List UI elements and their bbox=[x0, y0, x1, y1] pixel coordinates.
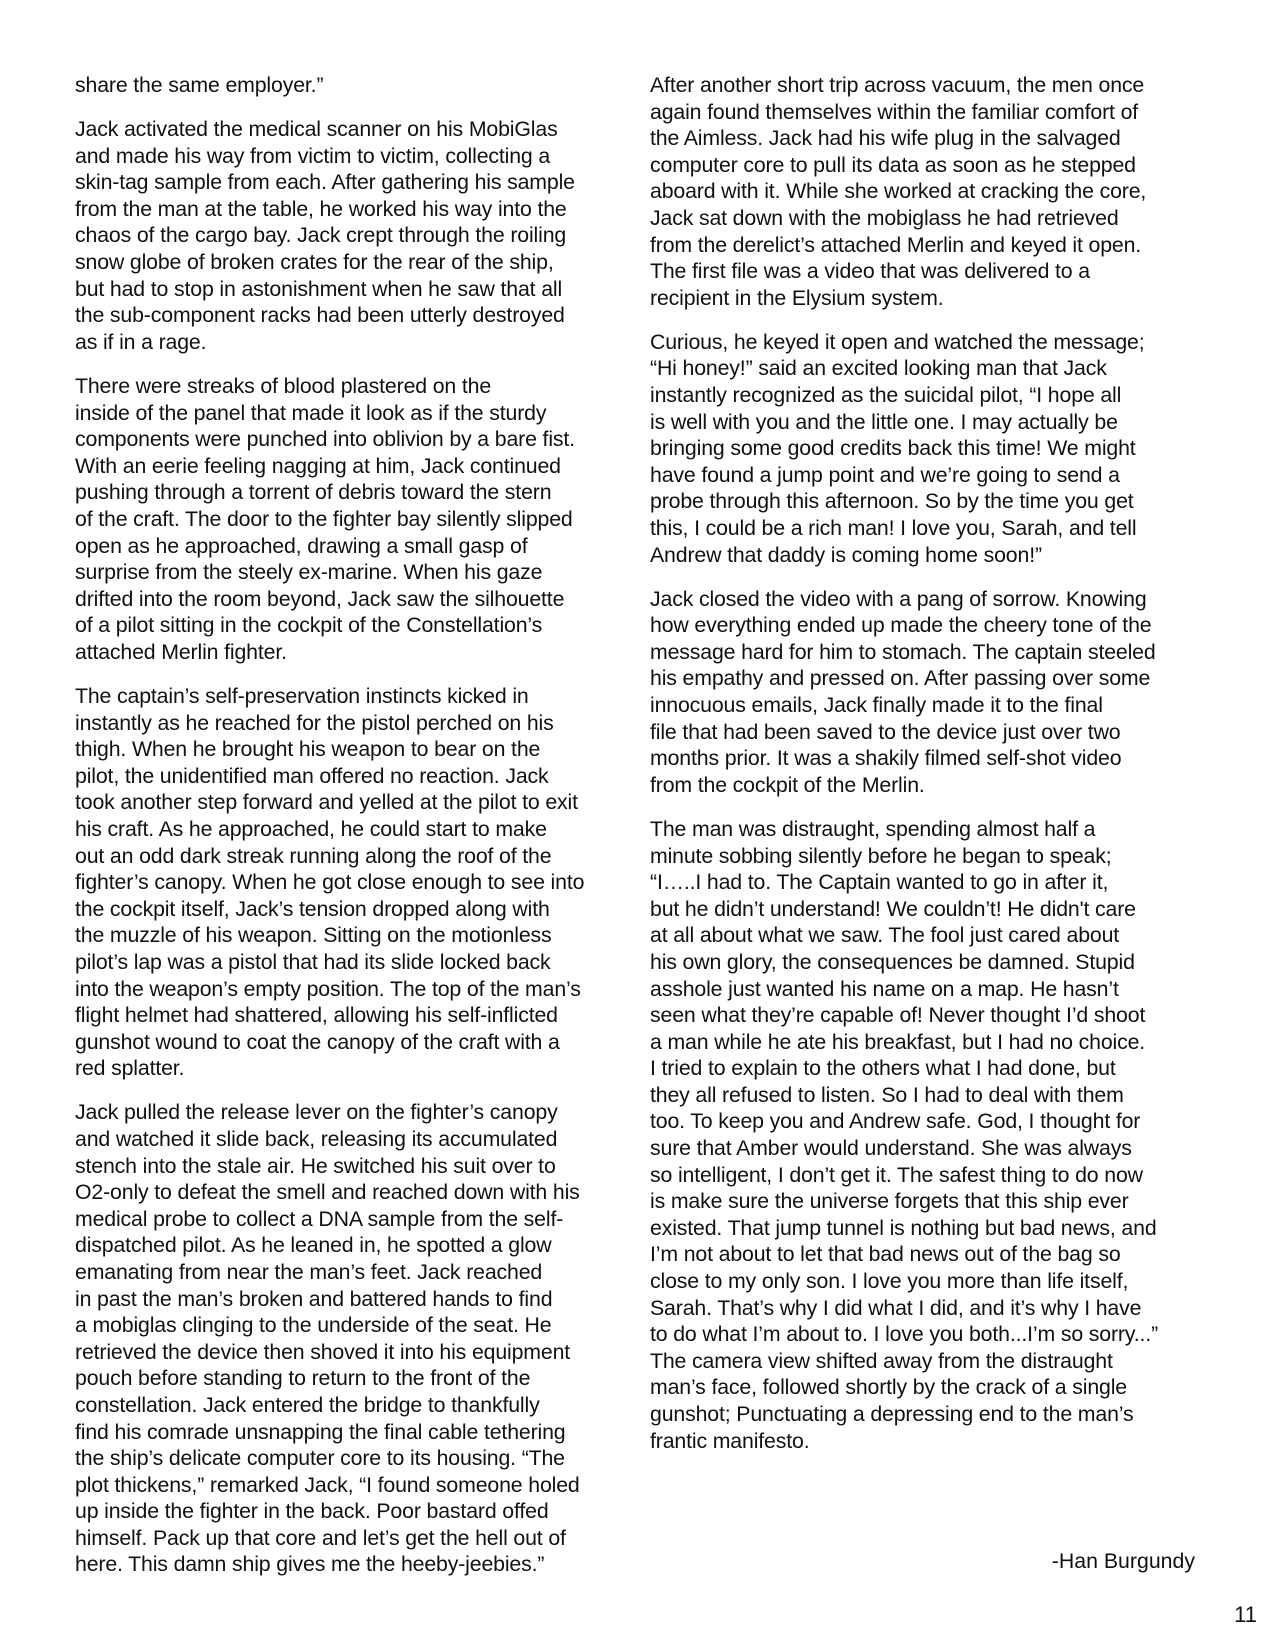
paragraph: Jack pulled the release lever on the fig… bbox=[75, 1099, 635, 1578]
text-line: sure that Amber would understand. She wa… bbox=[650, 1135, 1210, 1162]
text-line: frantic manifesto. bbox=[650, 1428, 1210, 1455]
text-line: of the craft. The door to the fighter ba… bbox=[75, 506, 635, 533]
paragraph: Jack activated the medical scanner on hi… bbox=[75, 116, 635, 355]
text-line: and made his way from victim to victim, … bbox=[75, 143, 635, 170]
text-line: his empathy and pressed on. After passin… bbox=[650, 665, 1210, 692]
paragraph: The captain’s self-preservation instinct… bbox=[75, 683, 635, 1082]
text-line: recipient in the Elysium system. bbox=[650, 285, 1210, 312]
text-line: Andrew that daddy is coming home soon!” bbox=[650, 542, 1210, 569]
text-line: snow globe of broken crates for the rear… bbox=[75, 249, 635, 276]
text-line: “I…..I had to. The Captain wanted to go … bbox=[650, 869, 1210, 896]
text-line: took another step forward and yelled at … bbox=[75, 789, 635, 816]
text-line: into the weapon’s empty position. The to… bbox=[75, 976, 635, 1003]
text-line: surprise from the steely ex-marine. When… bbox=[75, 559, 635, 586]
text-line: find his comrade unsnapping the final ca… bbox=[75, 1419, 635, 1446]
text-line: pouch before standing to return to the f… bbox=[75, 1365, 635, 1392]
text-line: how everything ended up made the cheery … bbox=[650, 612, 1210, 639]
text-line: components were punched into oblivion by… bbox=[75, 426, 635, 453]
text-line: the sub-component racks had been utterly… bbox=[75, 302, 635, 329]
right-column: After another short trip across vacuum, … bbox=[650, 72, 1210, 1472]
text-line: is make sure the universe forgets that t… bbox=[650, 1188, 1210, 1215]
text-line: a man while he ate his breakfast, but I … bbox=[650, 1029, 1210, 1056]
text-line: Jack pulled the release lever on the fig… bbox=[75, 1099, 635, 1126]
text-line: the cockpit itself, Jack’s tension dropp… bbox=[75, 896, 635, 923]
paragraph: Curious, he keyed it open and watched th… bbox=[650, 329, 1210, 568]
text-line: O2-only to defeat the smell and reached … bbox=[75, 1179, 635, 1206]
text-line: innocuous emails, Jack finally made it t… bbox=[650, 692, 1210, 719]
text-line: too. To keep you and Andrew safe. God, I… bbox=[650, 1108, 1210, 1135]
text-line: is well with you and the little one. I m… bbox=[650, 409, 1210, 436]
text-line: thigh. When he brought his weapon to bea… bbox=[75, 736, 635, 763]
paragraph: Jack closed the video with a pang of sor… bbox=[650, 586, 1210, 799]
text-line: Jack sat down with the mobiglass he had … bbox=[650, 205, 1210, 232]
paragraph: After another short trip across vacuum, … bbox=[650, 72, 1210, 311]
text-line: I tried to explain to the others what I … bbox=[650, 1055, 1210, 1082]
text-line: The captain’s self-preservation instinct… bbox=[75, 683, 635, 710]
text-line: his own glory, the consequences be damne… bbox=[650, 949, 1210, 976]
text-line: fighter’s canopy. When he got close enou… bbox=[75, 869, 635, 896]
paragraph: The man was distraught, spending almost … bbox=[650, 816, 1210, 1454]
text-line: from the derelict’s attached Merlin and … bbox=[650, 232, 1210, 259]
text-line: flight helmet had shattered, allowing hi… bbox=[75, 1002, 635, 1029]
text-line: gunshot wound to coat the canopy of the … bbox=[75, 1029, 635, 1056]
text-line: probe through this afternoon. So by the … bbox=[650, 488, 1210, 515]
text-line: computer core to pull its data as soon a… bbox=[650, 152, 1210, 179]
text-line: file that had been saved to the device j… bbox=[650, 719, 1210, 746]
text-line: the Aimless. Jack had his wife plug in t… bbox=[650, 125, 1210, 152]
text-line: asshole just wanted his name on a map. H… bbox=[650, 976, 1210, 1003]
text-line: months prior. It was a shakily filmed se… bbox=[650, 745, 1210, 772]
text-line: pilot’s lap was a pistol that had its sl… bbox=[75, 949, 635, 976]
text-line: pushing through a torrent of debris towa… bbox=[75, 479, 635, 506]
text-line: to do what I’m about to. I love you both… bbox=[650, 1321, 1210, 1348]
paragraph: There were streaks of blood plastered on… bbox=[75, 373, 635, 666]
author-signature: -Han Burgundy bbox=[1052, 1548, 1195, 1575]
text-line: again found themselves within the famili… bbox=[650, 99, 1210, 126]
text-line: After another short trip across vacuum, … bbox=[650, 72, 1210, 99]
text-line: up inside the fighter in the back. Poor … bbox=[75, 1498, 635, 1525]
text-line: The first file was a video that was deli… bbox=[650, 258, 1210, 285]
text-line: emanating from near the man’s feet. Jack… bbox=[75, 1259, 635, 1286]
text-line: attached Merlin fighter. bbox=[75, 639, 635, 666]
text-line: and watched it slide back, releasing its… bbox=[75, 1126, 635, 1153]
text-line: so intelligent, I don’t get it. The safe… bbox=[650, 1162, 1210, 1189]
text-line: inside of the panel that made it look as… bbox=[75, 400, 635, 427]
text-line: Jack activated the medical scanner on hi… bbox=[75, 116, 635, 143]
text-line: a mobiglas clinging to the underside of … bbox=[75, 1312, 635, 1339]
text-line: open as he approached, drawing a small g… bbox=[75, 533, 635, 560]
text-line: but he didn’t understand! We couldn’t! H… bbox=[650, 896, 1210, 923]
text-line: The camera view shifted away from the di… bbox=[650, 1348, 1210, 1375]
text-line: retrieved the device then shoved it into… bbox=[75, 1339, 635, 1366]
text-line: close to my only son. I love you more th… bbox=[650, 1268, 1210, 1295]
text-line: the ship’s delicate computer core to its… bbox=[75, 1445, 635, 1472]
text-line: existed. That jump tunnel is nothing but… bbox=[650, 1215, 1210, 1242]
text-line: red splatter. bbox=[75, 1055, 635, 1082]
text-line: Sarah. That’s why I did what I did, and … bbox=[650, 1295, 1210, 1322]
text-line: stench into the stale air. He switched h… bbox=[75, 1153, 635, 1180]
text-line: message hard for him to stomach. The cap… bbox=[650, 639, 1210, 666]
text-line: dispatched pilot. As he leaned in, he sp… bbox=[75, 1232, 635, 1259]
text-line: out an odd dark streak running along the… bbox=[75, 843, 635, 870]
text-line: constellation. Jack entered the bridge t… bbox=[75, 1392, 635, 1419]
paragraph: share the same employer.” bbox=[75, 72, 635, 99]
text-line: seen what they’re capable of! Never thou… bbox=[650, 1002, 1210, 1029]
text-line: as if in a rage. bbox=[75, 329, 635, 356]
page-number: 11 bbox=[1234, 1602, 1257, 1628]
text-line: the muzzle of his weapon. Sitting on the… bbox=[75, 922, 635, 949]
text-line: drifted into the room beyond, Jack saw t… bbox=[75, 586, 635, 613]
text-line: “Hi honey!” said an excited looking man … bbox=[650, 355, 1210, 382]
text-line: here. This damn ship gives me the heeby-… bbox=[75, 1551, 635, 1578]
text-line: of a pilot sitting in the cockpit of the… bbox=[75, 612, 635, 639]
text-line: With an eerie feeling nagging at him, Ja… bbox=[75, 453, 635, 480]
text-line: his craft. As he approached, he could st… bbox=[75, 816, 635, 843]
text-line: There were streaks of blood plastered on… bbox=[75, 373, 635, 400]
text-line: skin-tag sample from each. After gatheri… bbox=[75, 169, 635, 196]
text-line: Jack closed the video with a pang of sor… bbox=[650, 586, 1210, 613]
text-line: from the man at the table, he worked his… bbox=[75, 196, 635, 223]
text-line: Curious, he keyed it open and watched th… bbox=[650, 329, 1210, 356]
text-line: at all about what we saw. The fool just … bbox=[650, 922, 1210, 949]
left-column: share the same employer.” Jack activated… bbox=[75, 72, 635, 1596]
text-line: they all refused to listen. So I had to … bbox=[650, 1082, 1210, 1109]
text-line: instantly as he reached for the pistol p… bbox=[75, 710, 635, 737]
text-line: medical probe to collect a DNA sample fr… bbox=[75, 1206, 635, 1233]
text-line: in past the man’s broken and battered ha… bbox=[75, 1286, 635, 1313]
text-line: pilot, the unidentified man offered no r… bbox=[75, 763, 635, 790]
text-line: share the same employer.” bbox=[75, 72, 635, 99]
text-line: man’s face, followed shortly by the crac… bbox=[650, 1374, 1210, 1401]
text-line: bringing some good credits back this tim… bbox=[650, 435, 1210, 462]
text-line: plot thickens,” remarked Jack, “I found … bbox=[75, 1472, 635, 1499]
text-line: have found a jump point and we’re going … bbox=[650, 462, 1210, 489]
text-line: aboard with it. While she worked at crac… bbox=[650, 178, 1210, 205]
text-line: instantly recognized as the suicidal pil… bbox=[650, 382, 1210, 409]
text-line: The man was distraught, spending almost … bbox=[650, 816, 1210, 843]
text-line: from the cockpit of the Merlin. bbox=[650, 772, 1210, 799]
text-line: gunshot; Punctuating a depressing end to… bbox=[650, 1401, 1210, 1428]
text-line: but had to stop in astonishment when he … bbox=[75, 276, 635, 303]
text-line: chaos of the cargo bay. Jack crept throu… bbox=[75, 222, 635, 249]
text-line: minute sobbing silently before he began … bbox=[650, 843, 1210, 870]
text-line: I’m not about to let that bad news out o… bbox=[650, 1241, 1210, 1268]
text-line: this, I could be a rich man! I love you,… bbox=[650, 515, 1210, 542]
text-line: himself. Pack up that core and let’s get… bbox=[75, 1525, 635, 1552]
